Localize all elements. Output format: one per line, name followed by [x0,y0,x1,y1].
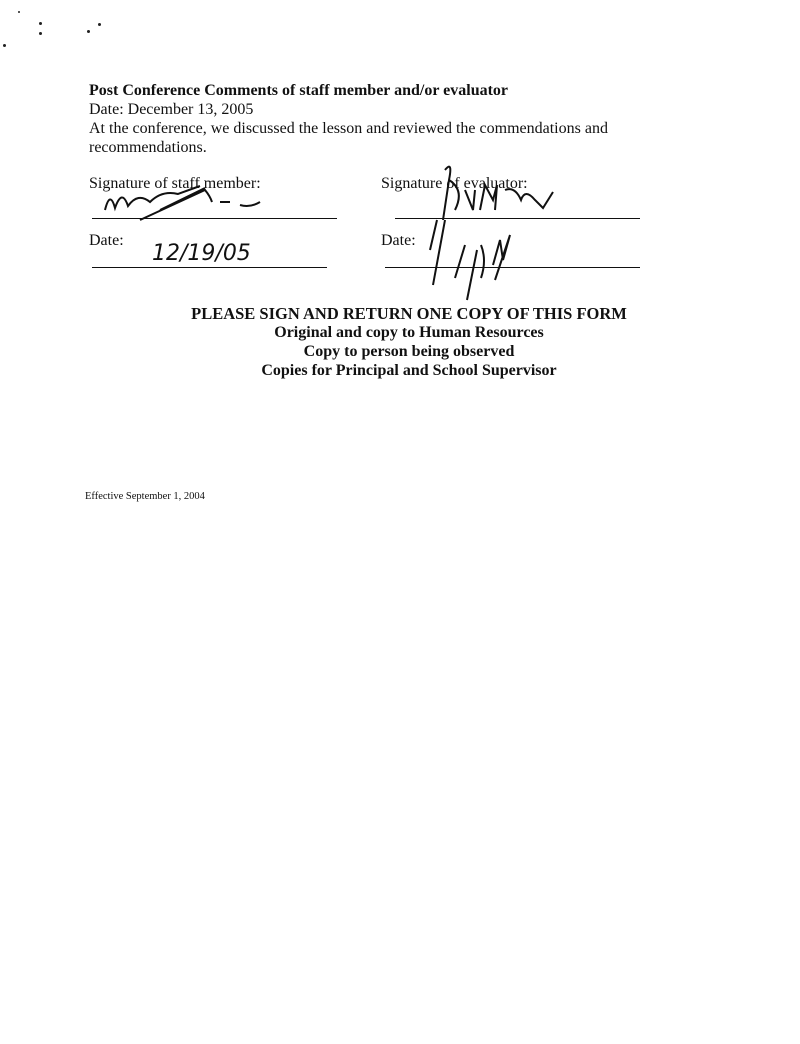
staff-date-line[interactable] [92,267,327,268]
instruction-line: Copy to person being observed [0,342,800,361]
scan-speck [87,30,90,33]
instruction-line: PLEASE SIGN AND RETURN ONE COPY OF THIS … [0,304,800,323]
staff-date-value: 12/19/05 [152,241,251,266]
scan-speck [18,11,20,13]
instruction-line: Copies for Principal and School Supervis… [0,361,800,380]
staff-signature-scribble [100,180,300,240]
conference-date: Date: December 13, 2005 [89,100,608,119]
comment-line: At the conference, we discussed the less… [89,119,608,138]
instruction-line: Original and copy to Human Resources [0,323,800,342]
comment-line: recommendations. [89,138,608,157]
scan-speck [3,44,6,47]
post-conference-section: Post Conference Comments of staff member… [89,81,608,157]
effective-date: Effective September 1, 2004 [85,491,205,502]
evaluator-signature-scribble [425,160,625,300]
scan-speck [39,32,42,35]
evaluator-date-label: Date: [381,232,416,250]
scan-speck [39,22,42,25]
instructions: PLEASE SIGN AND RETURN ONE COPY OF THIS … [0,304,800,380]
section-title: Post Conference Comments of staff member… [89,81,608,100]
scan-speck [98,23,101,26]
